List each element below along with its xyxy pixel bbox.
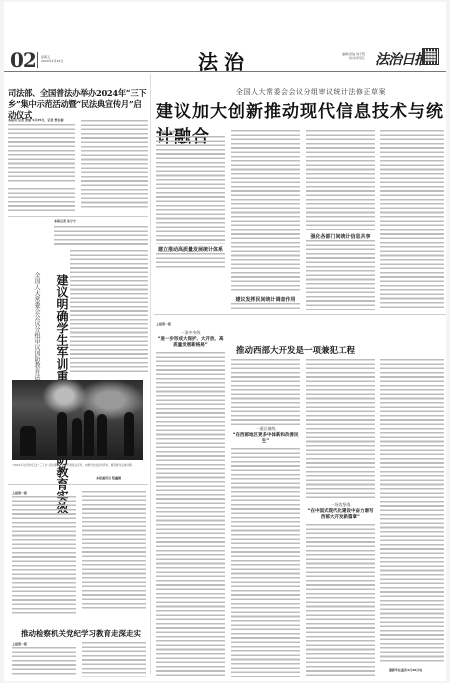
news-source: 据新华社重庆4月26日电 — [389, 668, 422, 672]
person-figure — [20, 426, 36, 456]
mid-article-col-1 — [156, 352, 225, 677]
mid-article-col-3 — [306, 359, 375, 500]
left-article-col-1b — [8, 188, 75, 214]
column-divider — [150, 74, 151, 674]
mid-article-col-2b — [231, 448, 300, 677]
bottom-left-byline: 上接第一版 — [12, 642, 27, 646]
issue-date: 2024年4月26日 — [41, 59, 63, 63]
proofreader-line: 校对/李景红 — [342, 56, 365, 60]
main-article-subhead-2: 强化各部门间统计信息共享 — [306, 233, 375, 240]
mid-article-col-2 — [231, 359, 300, 425]
main-article-col-3 — [306, 130, 375, 230]
continued-body-col-1 — [12, 496, 76, 616]
divider — [8, 484, 148, 485]
bottom-left-headline: 推动检察机关党纪学习教育走深走实 — [21, 628, 141, 639]
vertical-article-body-top — [54, 226, 148, 246]
photo-credit: 本报通讯员 程鑫摄 — [96, 476, 121, 480]
person-figure — [97, 414, 107, 456]
left-article-col-2 — [81, 120, 148, 210]
left-article-headline: 司法部、全国普法办举办2024年“三下乡”集中示范活动暨“民法典宣传月”启动仪式 — [8, 88, 148, 121]
news-photo — [12, 380, 143, 460]
main-article-col-1b — [156, 253, 225, 269]
page-number: 02 — [10, 48, 36, 72]
main-article-col-1 — [156, 136, 225, 244]
left-article-col-1 — [8, 124, 75, 184]
main-article-kicker: 全国人大常委会会议分组审议统计法修正草案 — [236, 87, 386, 97]
masthead-rule — [4, 71, 446, 72]
main-article-col-3b — [306, 240, 375, 310]
divider — [154, 314, 446, 315]
vertical-article-byline: 本报记者 朱宁宁 — [54, 219, 76, 223]
main-article-col-2b — [231, 303, 300, 311]
person-figure — [84, 410, 94, 456]
divider — [37, 52, 38, 68]
main-article-subhead-3: 建议发挥民间统计调查作用 — [231, 296, 300, 303]
mid-article-headline: 推动西部大开发是一项兼犯工程 — [236, 344, 355, 356]
main-article-subhead-1: 建立推动高质量发展统计体系 — [156, 246, 225, 253]
person-figure — [57, 412, 67, 456]
photo-caption: “2024年文化科技卫生”三下乡”活动现场，民警开展普法宣传，向群众发放宣传资料… — [12, 464, 143, 468]
newspaper-logo: 法治日报 — [375, 49, 427, 69]
main-article-byline: 本报记者 朱宁宁 — [156, 130, 178, 134]
mid-article-byline: 上接第一版 — [156, 322, 171, 326]
editors-credit: 编辑/袁翁 刘子阳 校对/李景红 — [342, 52, 365, 60]
masthead: 02 星期五 2024年4月26日 法治 编辑/袁翁 刘子阳 校对/李景红 法治… — [4, 2, 446, 70]
vertical-article-body — [70, 250, 148, 372]
bottom-left-body-col-1 — [12, 647, 76, 677]
mid-article-col-3b — [306, 524, 375, 677]
continuation-label: 上接第一版 — [12, 491, 27, 495]
mid-article-subhead-3: “在中国式现代化建设中奋力谱写西部大开发新篇章” — [306, 508, 375, 520]
mid-article-subhead-1: “进一步形成大保护、大开放、高质量发展新格局” — [156, 336, 225, 348]
mid-article-subhead-2: “在西部地区更多中体新和改善民生” — [231, 432, 300, 444]
person-figure — [124, 412, 134, 456]
bottom-left-body-col-2 — [82, 642, 146, 677]
newspaper-page: 02 星期五 2024年4月26日 法治 编辑/袁翁 刘子阳 校对/李景红 法治… — [4, 2, 446, 681]
qr-code-icon — [422, 48, 439, 65]
continued-body-col-2 — [82, 491, 146, 611]
page-meta: 星期五 2024年4月26日 — [41, 55, 63, 63]
main-article-col-2 — [231, 130, 300, 292]
mid-article-col-4 — [380, 359, 444, 664]
divider — [8, 216, 148, 217]
main-article-col-4 — [380, 130, 444, 310]
person-figure — [72, 418, 82, 456]
